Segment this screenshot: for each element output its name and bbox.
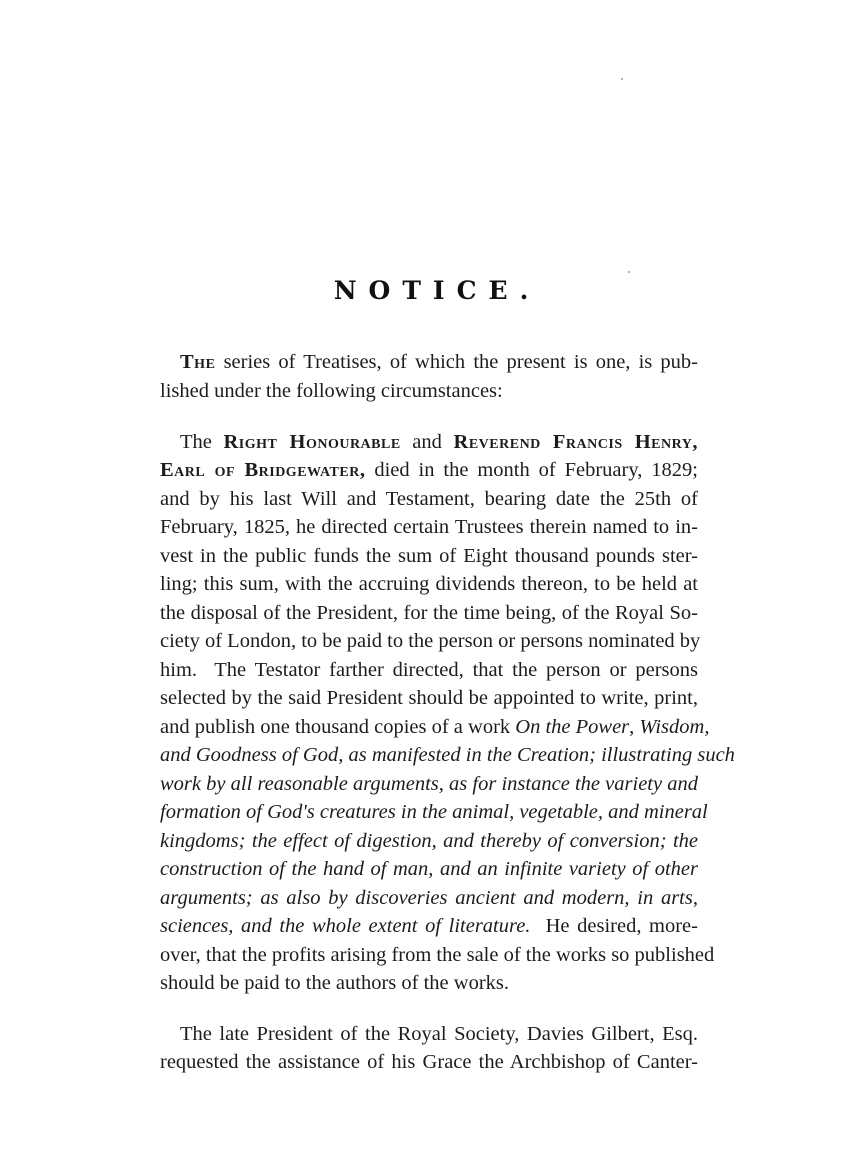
paragraph-1-line-2: lished under the following circumstances… bbox=[160, 377, 698, 405]
text-run: The late President of the Royal Society,… bbox=[180, 1023, 698, 1045]
page-title: NOTICE. bbox=[0, 276, 850, 305]
text-run: vest in the public funds the sum of Eigh… bbox=[160, 545, 698, 567]
paragraph-2-line-8: ciety of London, to be paid to the perso… bbox=[160, 627, 698, 655]
document-page: NOTICE. The series of Treatises, of whic… bbox=[0, 0, 850, 1150]
paragraph-2-line-12: and Goodness of God, as manifested in th… bbox=[160, 741, 698, 769]
paragraph-2-line-14: formation of God's creatures in the anim… bbox=[160, 798, 698, 826]
paragraph-2-line-18: sciences, and the whole extent of litera… bbox=[160, 912, 698, 940]
text-run: the disposal of the President, for the t… bbox=[160, 602, 698, 624]
scan-speck bbox=[621, 78, 623, 80]
text-run: work by all reasonable arguments, as for… bbox=[160, 773, 698, 795]
text-run: kingdoms; the effect of digestion, and t… bbox=[160, 830, 698, 852]
paragraph-3-line-2: requested the assistance of his Grace th… bbox=[160, 1048, 698, 1076]
paragraph-2-line-15: kingdoms; the effect of digestion, and t… bbox=[160, 827, 698, 855]
paragraph-2-line-20: should be paid to the authors of the wor… bbox=[160, 969, 698, 997]
text-run: died in the month of February, 1829; bbox=[365, 459, 698, 481]
text-run: Earl of Bridgewater, bbox=[160, 459, 365, 481]
text-run: Wisdom, bbox=[639, 716, 709, 738]
text-run: The bbox=[180, 351, 215, 373]
text-run: The bbox=[180, 431, 224, 453]
paragraph-2-line-16: construction of the hand of man, and an … bbox=[160, 855, 698, 883]
paragraph-2-line-13: work by all reasonable arguments, as for… bbox=[160, 770, 698, 798]
text-run: him. The Testator farther directed, that… bbox=[160, 659, 698, 681]
text-run: should be paid to the authors of the wor… bbox=[160, 972, 509, 994]
paragraph-2-line-10: selected by the said President should be… bbox=[160, 684, 698, 712]
text-run: and bbox=[401, 431, 454, 453]
scan-speck bbox=[628, 271, 630, 273]
text-run: ling; this sum, with the accruing divide… bbox=[160, 573, 698, 595]
text-run: selected by the said President should be… bbox=[160, 687, 698, 709]
paragraph-2-line-5: vest in the public funds the sum of Eigh… bbox=[160, 542, 698, 570]
text-run: arguments; as also by discoveries ancien… bbox=[160, 887, 698, 909]
text-run: sciences, and the whole extent of litera… bbox=[160, 915, 530, 937]
text-run: , bbox=[629, 716, 639, 738]
text-run: February, 1825, he directed certain Trus… bbox=[160, 516, 698, 538]
paragraph-2-line-17: arguments; as also by discoveries ancien… bbox=[160, 884, 698, 912]
text-run: On the Power bbox=[515, 716, 629, 738]
paragraph-2-line-6: ling; this sum, with the accruing divide… bbox=[160, 570, 698, 598]
text-run: over, that the profits arising from the … bbox=[160, 944, 714, 966]
text-run: Reverend Francis Henry, bbox=[454, 431, 698, 453]
text-run: and Goodness of God, as manifested in th… bbox=[160, 744, 735, 766]
text-run: He desired, more- bbox=[530, 915, 698, 937]
text-run: requested the assistance of his Grace th… bbox=[160, 1051, 698, 1073]
text-run: and by his last Will and Testament, bear… bbox=[160, 488, 698, 510]
paragraph-2-line-3: and by his last Will and Testament, bear… bbox=[160, 485, 698, 513]
text-run: construction of the hand of man, and an … bbox=[160, 858, 698, 880]
paragraph-2-line-9: him. The Testator farther directed, that… bbox=[160, 656, 698, 684]
paragraph-1-line-1: The series of Treatises, of which the pr… bbox=[180, 348, 698, 376]
paragraph-2-line-11: and publish one thousand copies of a wor… bbox=[160, 713, 698, 741]
text-run: Right Honourable bbox=[224, 431, 401, 453]
paragraph-2-line-19: over, that the profits arising from the … bbox=[160, 941, 698, 969]
paragraph-2-line-1: The Right Honourable and Reverend Franci… bbox=[180, 428, 698, 456]
text-run: and publish one thousand copies of a wor… bbox=[160, 716, 515, 738]
text-run: formation of God's creatures in the anim… bbox=[160, 801, 708, 823]
paragraph-2-line-2: Earl of Bridgewater, died in the month o… bbox=[160, 456, 698, 484]
paragraph-2-line-7: the disposal of the President, for the t… bbox=[160, 599, 698, 627]
text-run: ciety of London, to be paid to the perso… bbox=[160, 630, 700, 652]
text-run: series of Treatises, of which the presen… bbox=[215, 351, 698, 373]
text-run: lished under the following circumstances… bbox=[160, 380, 503, 402]
paragraph-3-line-1: The late President of the Royal Society,… bbox=[180, 1020, 698, 1048]
paragraph-2-line-4: February, 1825, he directed certain Trus… bbox=[160, 513, 698, 541]
